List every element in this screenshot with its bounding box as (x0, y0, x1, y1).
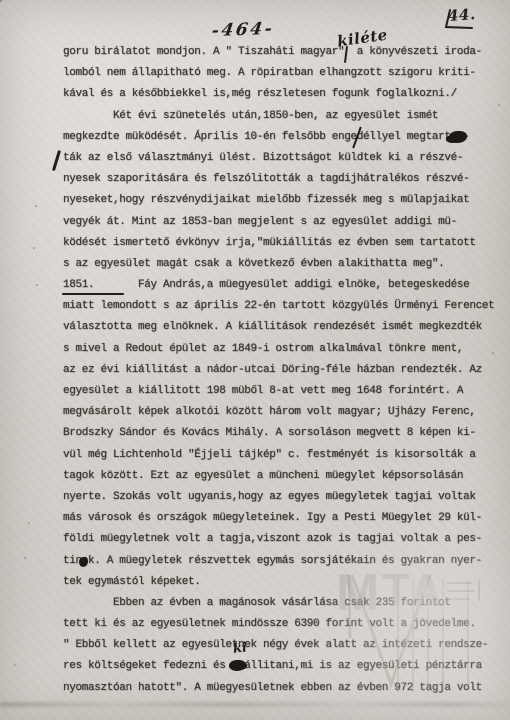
folio-number: 44. (448, 5, 477, 25)
typed-text-block: goru birálatot mondjon. A " Tiszaháti ma… (63, 42, 508, 699)
typed-line-14: választotta meg elnöknek. A kiállitások … (63, 317, 508, 338)
typed-line-26: tek egymástól képeket. (63, 572, 508, 593)
typed-line-15: s mivel a Redout épület az 1849-i ostrom… (63, 339, 508, 360)
typed-line-1: goru birálatot mondjon. A " Tiszaháti ma… (63, 42, 508, 63)
typed-line-13: miatt lemondott s az április 22-én tarto… (63, 296, 508, 317)
typed-line-2: lomból nem állapitható meg. A röpiratban… (63, 63, 508, 84)
typed-line-30: res költségeket fedezni és állitani,mi i… (63, 656, 508, 677)
typed-line-24: földi müegyletnek volt a tagja,viszont a… (63, 529, 508, 550)
typed-line-16: az ez évi kiállitást a nádor-utcai Dörin… (63, 360, 508, 381)
typed-line-22: nyerte. Szokás volt ugyanis,hogy az egye… (63, 487, 508, 508)
typed-line-8: nyeseket,hogy részvénydijaikat mielőbb f… (63, 190, 508, 211)
typed-line-25: tinek. A müegyletek részvettek egymás so… (63, 551, 508, 572)
typed-line-31: nyomasztóan hatott". A müegyesületnek eb… (63, 678, 508, 699)
typed-line-21: tagok között. Ezt az egyesület a münchen… (63, 466, 508, 487)
typed-line-12: 1851. Fáy András,a müegyesület addigi el… (63, 275, 508, 296)
typed-line-29: " Ebből kellett az egyesületnek négy éve… (63, 635, 508, 656)
typed-line-20: vül még Lichtenhold "Éjjeli tájkép" c. f… (63, 445, 508, 466)
year-underline (62, 293, 124, 295)
scan-smudge-line (0, 702, 510, 707)
typed-line-11: s az egyesület magát csak a következő év… (63, 254, 508, 275)
typed-line-10: ködését ismertető évkönyv irja,"mükiálli… (63, 233, 508, 254)
typed-line-28: tett ki és az egyesületnek mindössze 639… (63, 614, 508, 635)
paper-specks (0, 0, 2, 2)
typed-line-17: egyesület a kiállitott 198 müből 8-at ve… (63, 381, 508, 402)
typed-line-3: kával és a későbbiekkel is,még részletes… (63, 84, 508, 105)
pen-slash-correction (52, 150, 61, 171)
page-number: -464- (210, 19, 275, 41)
typed-line-9: vegyék át. Mint az 1853-ban megjelent s … (63, 212, 508, 233)
typed-line-19: Brodszky Sándor és Kovács Mihály. A sors… (63, 423, 508, 444)
typed-line-7: nyesek szaporitására és felszólitották a… (63, 169, 508, 190)
typed-line-23: más városok és országok müegyleteinek. I… (63, 508, 508, 529)
typed-line-5: megkezdte müködését. Április 10-én felső… (63, 127, 508, 148)
typed-line-6: ták az első választmányi ülést. Bizottsá… (63, 148, 508, 169)
document-page: 44. -464- kiléte goru birálatot mondjon.… (0, 0, 510, 720)
handwritten-correction-word: ki (232, 640, 248, 657)
typed-line-4: Két évi szünetelés után,1850-ben, az egy… (63, 106, 508, 127)
typed-line-18: megvásárolt képek alkotói között három v… (63, 402, 508, 423)
typed-line-27: Ebben az évben a magánosok vásárlása csa… (63, 593, 508, 614)
